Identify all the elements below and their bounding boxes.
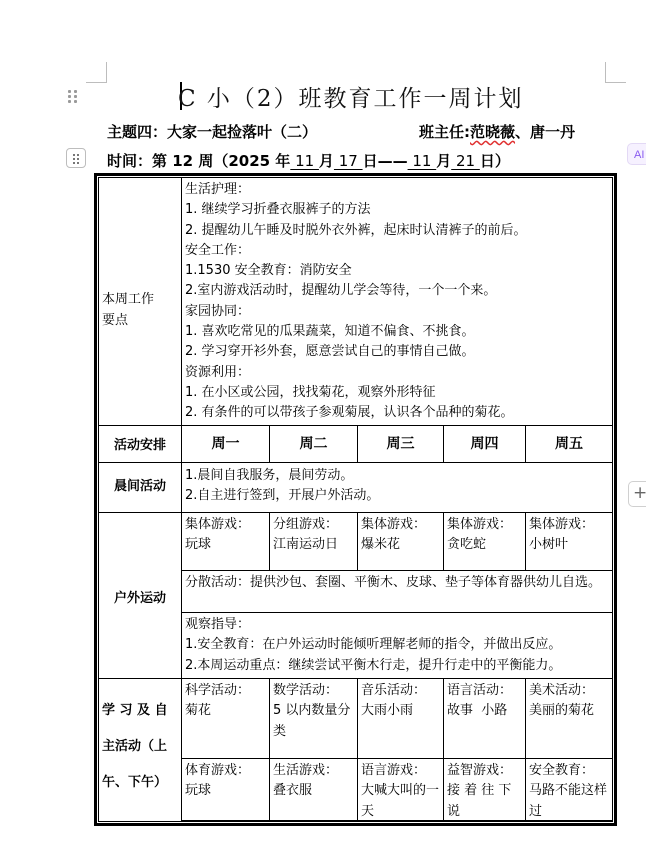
document-title[interactable]: C 小（2）班教育工作一周计划	[178, 80, 524, 113]
focus-line: 1. 在小区或公园，找找菊花，观察外形特征	[185, 383, 609, 403]
game-name: 江南运动日	[273, 535, 354, 555]
game-type: 集体游戏：	[361, 515, 440, 535]
focus-line: 生活护理：	[185, 180, 609, 200]
day-header-mon: 周一	[182, 426, 270, 463]
activity-name: 故事 小路	[447, 701, 522, 721]
activity-type: 生活游戏：	[273, 761, 354, 781]
guidance-line: 1.安全教育：在户外运动时能倾听理解老师的指令，并做出反应。	[185, 635, 609, 655]
day-header-thu: 周四	[444, 426, 526, 463]
focus-line: 2.室内游戏活动时，提醒幼儿学会等待，一个一个来。	[185, 281, 609, 301]
activity-name: 美丽的菊花	[529, 701, 609, 721]
page-corner-mark-top-left	[86, 62, 107, 83]
outdoor-game-cell-wed[interactable]: 集体游戏： 爆米花	[358, 513, 444, 571]
plan-table: 本周工作 要点 生活护理： 1. 继续学习折叠衣服裤子的方法 2. 提醒幼儿午睡…	[98, 177, 613, 822]
day-header-wed: 周三	[358, 426, 444, 463]
learning-label: 主活动（上	[102, 729, 178, 765]
learning-label-cell: 学 习 及 自 主活动（上 午、下午）	[99, 679, 182, 822]
outdoor-game-cell-tue[interactable]: 分组游戏： 江南运动日	[270, 513, 358, 571]
focus-line: 家园协同：	[185, 302, 609, 322]
learning-cell-mon-1[interactable]: 科学活动： 菊花	[182, 679, 270, 759]
time-line[interactable]: 时间：第 12 周（2025 年 11 月 17 日—— 11 月 21 日）	[107, 150, 510, 171]
morning-content-cell[interactable]: 1.晨间自我服务，晨间劳动。 2.自主进行签到，开展户外活动。	[182, 463, 613, 513]
activity-name: 接 着 往 下 说	[447, 781, 522, 821]
teacher-line[interactable]: 班主任:范晓薇、唐一丹	[419, 121, 575, 142]
time-prefix: 时间：第 12 周（2025 年	[107, 152, 290, 170]
end-day: 21	[451, 152, 480, 170]
month-char: 月	[436, 152, 451, 170]
game-name: 爆米花	[361, 535, 440, 555]
focus-line: 资源利用：	[185, 363, 609, 383]
focus-line: 2. 学习穿开衫外套，愿意尝试自己的事情自己做。	[185, 342, 609, 362]
focus-line: 1. 喜欢吃常见的瓜果蔬菜，知道不偏食、不挑食。	[185, 322, 609, 342]
activity-type: 美术活动：	[529, 681, 609, 701]
day-header-tue: 周二	[270, 426, 358, 463]
free-activity-cell[interactable]: 分散活动：提供沙包、套圈、平衡木、皮球、垫子等体育器供幼儿自选。	[182, 571, 613, 613]
learning-cell-tue-1[interactable]: 数学活动： 5 以内数量分类	[270, 679, 358, 759]
focus-line: 1.1530 安全教育：消防安全	[185, 261, 609, 281]
focus-line: 2. 提醒幼儿午睡及时脱外衣外裤，起床时认清裤子的前后。	[185, 221, 609, 241]
activity-type: 科学活动：	[185, 681, 266, 701]
game-type: 分组游戏：	[273, 515, 354, 535]
guidance-line: 2.本周运动重点：继续尝试平衡木行走，提升行走中的平衡能力。	[185, 656, 609, 676]
focus-line: 2. 有条件的可以带孩子参观菊展，认识各个品种的菊花。	[185, 403, 609, 423]
day-header-fri: 周五	[526, 426, 613, 463]
guidance-title: 观察指导：	[185, 615, 609, 635]
activity-name: 大喊大叫的一天	[361, 781, 440, 821]
theme-label[interactable]: 主题四：大家一起捡落叶（二）	[107, 121, 317, 142]
learning-cell-fri-2[interactable]: 安全教育： 马路不能这样过	[526, 759, 613, 821]
game-name: 玩球	[185, 535, 266, 555]
activity-type: 安全教育：	[529, 761, 609, 781]
activity-name: 菊花	[185, 701, 266, 721]
learning-cell-thu-1[interactable]: 语言活动： 故事 小路	[444, 679, 526, 759]
outdoor-game-cell-thu[interactable]: 集体游戏： 贪吃蛇	[444, 513, 526, 571]
weekly-focus-label: 本周工作	[102, 290, 154, 310]
learning-cell-tue-2[interactable]: 生活游戏： 叠衣服	[270, 759, 358, 821]
activity-name: 5 以内数量分类	[273, 701, 354, 742]
schedule-label-cell: 活动安排	[99, 426, 182, 463]
teacher-label: 班主任:	[419, 123, 470, 141]
activity-type: 语言游戏：	[361, 761, 440, 781]
day-separator: 日——	[363, 152, 408, 170]
activity-type: 体育游戏：	[185, 761, 266, 781]
learning-cell-wed-1[interactable]: 音乐活动： 大雨小雨	[358, 679, 444, 759]
game-name: 贪吃蛇	[447, 535, 522, 555]
activity-type: 数学活动：	[273, 681, 354, 701]
game-type: 集体游戏：	[529, 515, 609, 535]
start-month: 11	[290, 152, 319, 170]
start-day: 17	[334, 152, 363, 170]
activity-type: 语言活动：	[447, 681, 522, 701]
outdoor-game-cell-fri[interactable]: 集体游戏： 小树叶	[526, 513, 613, 571]
activity-type: 益智游戏：	[447, 761, 522, 781]
learning-cell-wed-2[interactable]: 语言游戏： 大喊大叫的一天	[358, 759, 444, 821]
outdoor-game-cell-mon[interactable]: 集体游戏： 玩球	[182, 513, 270, 571]
end-month: 11	[408, 152, 437, 170]
morning-line: 1.晨间自我服务，晨间劳动。	[185, 466, 609, 486]
morning-line: 2.自主进行签到，开展户外活动。	[185, 486, 609, 506]
outdoor-label-cell: 户外运动	[99, 513, 182, 679]
weekly-focus-label-cell[interactable]: 本周工作 要点	[99, 178, 182, 426]
activity-name: 大雨小雨	[361, 701, 440, 721]
month-char: 月	[319, 152, 334, 170]
guidance-cell[interactable]: 观察指导： 1.安全教育：在户外运动时能倾听理解老师的指令，并做出反应。 2.本…	[182, 613, 613, 679]
activity-name: 叠衣服	[273, 781, 354, 801]
learning-label: 学 习 及 自	[102, 693, 178, 729]
learning-cell-mon-2[interactable]: 体育游戏： 玩球	[182, 759, 270, 821]
activity-type: 音乐活动：	[361, 681, 440, 701]
drag-handle-icon[interactable]	[66, 89, 80, 105]
teacher-name-rest: 、唐一丹	[515, 123, 575, 141]
game-type: 集体游戏：	[185, 515, 266, 535]
time-suffix: 日）	[480, 152, 510, 170]
activity-name: 玩球	[185, 781, 266, 801]
learning-cell-thu-2[interactable]: 益智游戏： 接 着 往 下 说	[444, 759, 526, 821]
learning-cell-fri-1[interactable]: 美术活动： 美丽的菊花	[526, 679, 613, 759]
add-block-button[interactable]: +	[628, 481, 646, 507]
morning-label-cell: 晨间活动	[99, 463, 182, 513]
learning-label: 午、下午）	[102, 765, 178, 801]
focus-line: 安全工作：	[185, 241, 609, 261]
weekly-focus-content-cell[interactable]: 生活护理： 1. 继续学习折叠衣服裤子的方法 2. 提醒幼儿午睡及时脱外衣外裤，…	[182, 178, 613, 426]
game-name: 小树叶	[529, 535, 609, 555]
weekly-focus-label: 要点	[102, 311, 154, 331]
block-menu-button[interactable]	[66, 148, 86, 168]
teacher-name-misspelled: 范晓薇	[470, 123, 515, 141]
ai-assistant-button[interactable]: AI	[627, 143, 646, 165]
page-corner-mark-top-right	[605, 62, 626, 83]
game-type: 集体游戏：	[447, 515, 522, 535]
activity-name: 马路不能这样过	[529, 781, 609, 821]
focus-line: 1. 继续学习折叠衣服裤子的方法	[185, 200, 609, 220]
